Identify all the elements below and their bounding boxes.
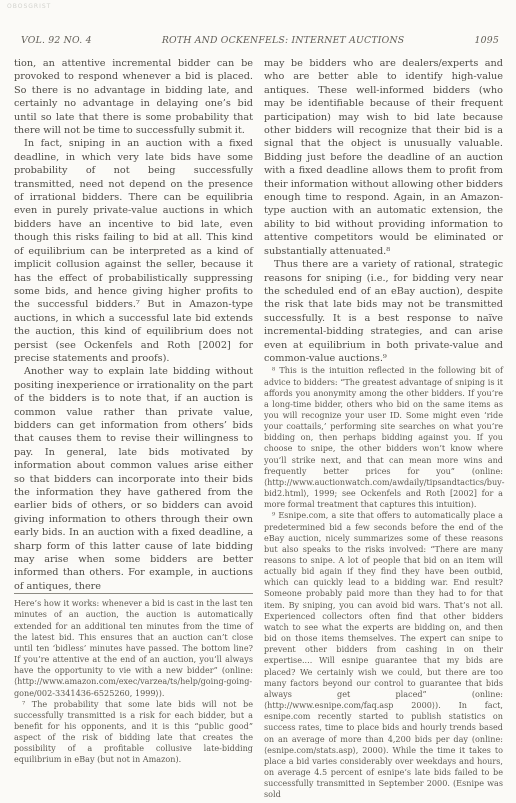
footnote-continuation: Here’s how it works: whenever a bid is c… — [14, 598, 253, 698]
left-footnote-block: Here’s how it works: whenever a bid is c… — [14, 593, 253, 765]
two-column-body: tion, an attentive incremental bidder ca… — [14, 57, 503, 751]
journal-page: OBOSGRIST VOL. 92 NO. 4 ROTH AND OCKENFE… — [0, 0, 516, 803]
paragraph: In fact, sniping in an auction with a fi… — [14, 137, 253, 365]
paragraph: Another way to explain late bidding with… — [14, 365, 253, 593]
right-footnote-block: ⁸ This is the intuition reflected in the… — [264, 365, 503, 800]
paragraph: Thus there are a variety of rational, st… — [264, 258, 503, 365]
scan-watermark: OBOSGRIST — [7, 3, 51, 10]
footnote-7: ⁷ The probability that some late bids wi… — [14, 699, 253, 766]
footnote-9: ⁹ Esnipe.com, a site that offers to auto… — [264, 510, 503, 800]
page-header: VOL. 92 NO. 4 ROTH AND OCKENFELS: INTERN… — [21, 35, 499, 46]
right-column: may be bidders who are dealers/experts a… — [264, 57, 503, 751]
left-column: tion, an attentive incremental bidder ca… — [14, 57, 253, 751]
paragraph: tion, an attentive incremental bidder ca… — [14, 57, 253, 137]
footnote-8: ⁸ This is the intuition reflected in the… — [264, 365, 503, 510]
header-volume-label: VOL. 92 NO. 4 — [21, 35, 92, 46]
paragraph: may be bidders who are dealers/experts a… — [264, 57, 503, 258]
footnote-separator-rule — [14, 593, 253, 594]
header-running-title: ROTH AND OCKENFELS: INTERNET AUCTIONS — [162, 35, 405, 46]
header-page-number: 1095 — [475, 35, 499, 46]
